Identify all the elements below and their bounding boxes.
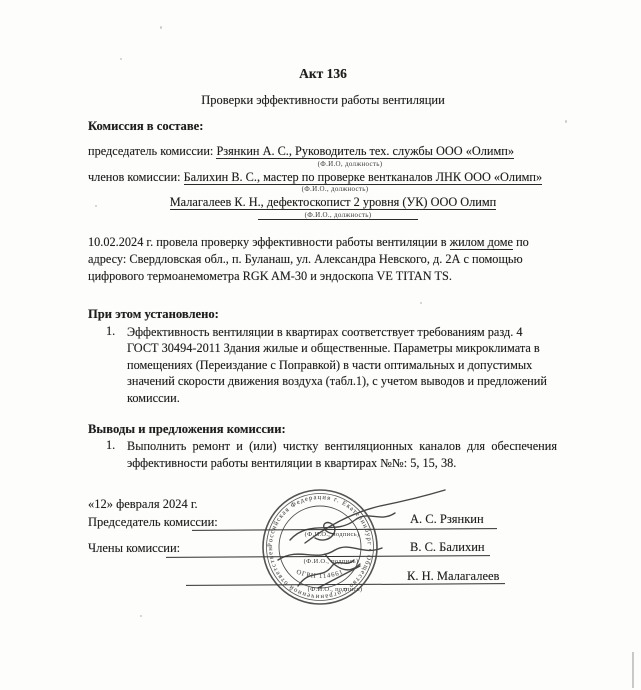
- chairman-row: председатель комиссии: Рзянкин А. С., Ру…: [88, 143, 588, 160]
- document-title: Акт 136: [88, 66, 558, 82]
- findings-item-number: 1.: [106, 324, 115, 339]
- signer-name: В. С. Балихин: [410, 540, 485, 555]
- scan-noise-speck: [565, 120, 567, 123]
- intro-underlined-text: жилом доме: [450, 235, 513, 250]
- member1-row: членов комиссии: Балихин В. С., мастер п…: [88, 169, 598, 186]
- conclusions-item-number: 1.: [106, 438, 115, 453]
- fio-position-caption: (Ф.И.О., должность): [258, 211, 418, 220]
- fio-position-caption: (Ф.И.О, должность): [270, 160, 430, 168]
- scan-noise-speck: [140, 615, 142, 617]
- document-subtitle: Проверки эффективности работы вентиляции: [88, 93, 558, 108]
- signature-flourish-1b: [290, 513, 395, 540]
- member1-value: Балихин В. С., мастер по проверке вентка…: [184, 170, 543, 185]
- conclusions-heading: Выводы и предложения комиссии:: [88, 422, 286, 437]
- stamp-ring-text: Российская Федерация г. Екатеринбург • О…: [230, 468, 373, 600]
- members-signature-label: Члены комиссии:: [88, 541, 180, 556]
- commission-heading: Комиссия в составе:: [88, 119, 203, 134]
- scan-noise-speck: [160, 26, 162, 29]
- fio-position-caption: (Ф.И.О., должность): [255, 185, 415, 193]
- scanned-act-document: Акт 136 Проверки эффективности работы ве…: [0, 0, 641, 690]
- findings-item-text: Эффективность вентиляции в квартирах соо…: [127, 324, 555, 406]
- intro-text: 10.02.2024 г. провела проверку эффективн…: [88, 235, 450, 249]
- conclusions-item-text: Выполнить ремонт и (или) чистку вентиляц…: [127, 438, 557, 471]
- members-label: членов комиссии:: [88, 170, 181, 184]
- chairman-signature-label: Председатель комиссии:: [88, 515, 218, 530]
- findings-heading: При этом установлено:: [88, 307, 219, 322]
- scan-edge-artifact: [632, 652, 634, 688]
- signer-name: А. С. Рзянкин: [410, 512, 484, 527]
- member2-row: Малагалеев К. Н., дефектоскопист 2 уровн…: [88, 194, 578, 211]
- intro-paragraph: 10.02.2024 г. провела проверку эффективн…: [88, 234, 562, 285]
- scan-noise-speck: [95, 205, 97, 207]
- scan-noise-speck: [420, 302, 422, 304]
- chairman-value: Рзянкин А. С., Руководитель тех. службы …: [216, 144, 514, 159]
- member2-value: Малагалеев К. Н., дефектоскопист 2 уровн…: [170, 195, 497, 210]
- date-line: «12» февраля 2024 г.: [88, 497, 198, 512]
- scan-noise-speck: [120, 58, 122, 60]
- chairman-label: председатель комиссии:: [88, 144, 213, 158]
- signer-name: К. Н. Малагалеев: [407, 569, 499, 584]
